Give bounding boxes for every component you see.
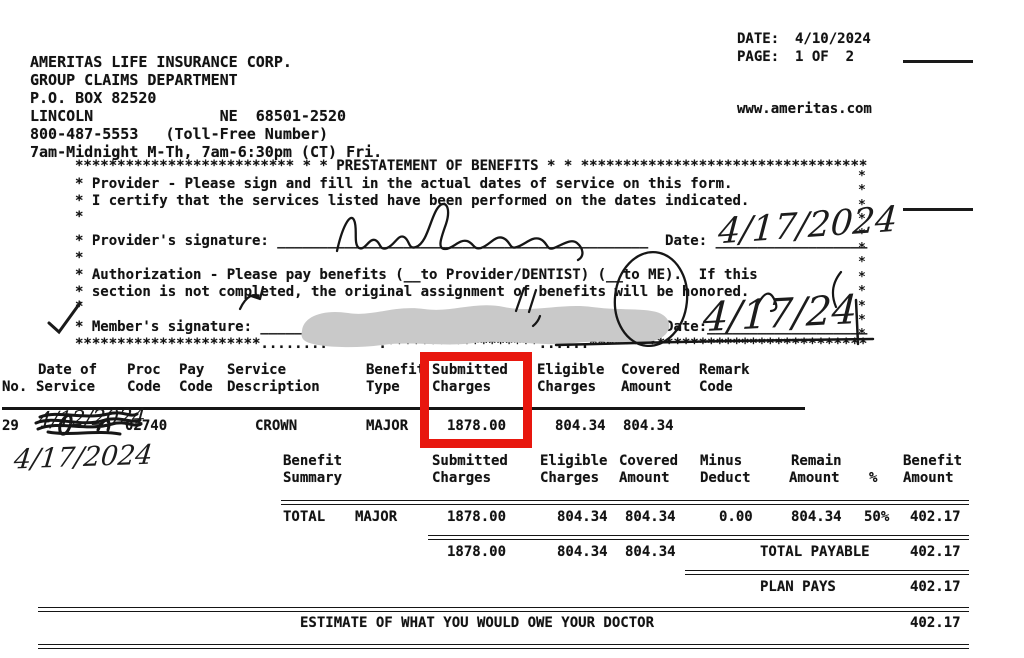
estimate-label: ESTIMATE OF WHAT YOU WOULD OWE YOUR DOCT…	[300, 615, 654, 631]
sum-submitted: Submitted	[432, 453, 508, 469]
date-value: 4/10/2024	[795, 31, 871, 47]
blank-line-mid	[903, 208, 973, 211]
sum-minus: Minus	[700, 453, 742, 469]
col-covered: Covered	[621, 362, 680, 378]
col-no: No.	[2, 379, 27, 395]
col-date-of: Date of	[38, 362, 97, 378]
total-major: MAJOR	[355, 509, 397, 525]
total-submitted: 1878.00	[447, 509, 506, 525]
crossed-out-date-handwritten: 4/12/2024	[37, 404, 146, 432]
box-right-border: ************	[858, 170, 869, 343]
claim-no: 29	[2, 418, 19, 434]
col-proc: Proc	[127, 362, 161, 378]
certify-line: * I certify that the services listed hav…	[75, 193, 749, 209]
sum-summary: Summary	[283, 470, 342, 486]
total-payable-amount: 402.17	[910, 544, 961, 560]
col-eligible: Eligible	[537, 362, 604, 378]
col-charges2: Charges	[537, 379, 596, 395]
page-label: PAGE:	[737, 49, 779, 65]
submitted-charges-highlight-box	[420, 352, 532, 448]
member-date-handwritten: 4/17/24	[702, 287, 858, 341]
service-date-handwritten: 4/17/2024	[12, 440, 154, 476]
col-amount: Amount	[621, 379, 672, 395]
prestatement-document: { "meta": { "date_label": "DATE:", "date…	[0, 0, 1024, 658]
col-code3: Code	[699, 379, 733, 395]
company-department: GROUP CLAIMS DEPARTMENT	[30, 71, 238, 89]
col-service: Service	[227, 362, 286, 378]
authorization-line-2: * section is not completed, the original…	[75, 284, 749, 300]
payable-rule	[428, 535, 969, 540]
page-value: 1 OF 2	[795, 49, 854, 65]
sum-benefit: Benefit	[283, 453, 342, 469]
sum-eligible: Eligible	[540, 453, 607, 469]
estimate-top-rule	[38, 607, 969, 612]
date-label: DATE:	[737, 31, 779, 47]
box-blank-line-1: *	[75, 209, 83, 225]
sum-charges1: Charges	[432, 470, 491, 486]
website-url: www.ameritas.com	[737, 101, 872, 117]
estimate-amount: 402.17	[910, 615, 961, 631]
total-covered: 804.34	[625, 509, 676, 525]
total-remain: 804.34	[791, 509, 842, 525]
sum-amount1: Amount	[619, 470, 670, 486]
sum-charges2: Charges	[540, 470, 599, 486]
company-name: AMERITAS LIFE INSURANCE CORP.	[30, 53, 292, 71]
payable-submitted: 1878.00	[447, 544, 506, 560]
authorization-line-1: * Authorization - Please pay benefits (_…	[75, 267, 758, 283]
col-code1: Code	[127, 379, 161, 395]
col-description: Description	[227, 379, 320, 395]
payable-covered: 804.34	[625, 544, 676, 560]
col-remark: Remark	[699, 362, 750, 378]
total-deduct: 0.00	[719, 509, 753, 525]
payable-eligible: 804.34	[557, 544, 608, 560]
box-blank-line-3: *	[75, 299, 83, 315]
sum-covered: Covered	[619, 453, 678, 469]
total-eligible: 804.34	[557, 509, 608, 525]
claim-eligible: 804.34	[555, 418, 606, 434]
company-phone: 800-487-5553 (Toll-Free Number)	[30, 125, 328, 143]
company-pobox: P.O. BOX 82520	[30, 89, 156, 107]
blank-line-top	[903, 60, 973, 63]
sum-remain: Remain	[791, 453, 842, 469]
col-benefit: Benefit	[366, 362, 425, 378]
claim-covered: 804.34	[623, 418, 674, 434]
sum-percent: %	[869, 470, 877, 486]
box-blank-line-2: *	[75, 250, 83, 266]
provider-signature-scrawl	[337, 204, 582, 260]
claim-description: CROWN	[255, 418, 297, 434]
estimate-bottom-rule	[38, 644, 969, 649]
sum-deduct: Deduct	[700, 470, 751, 486]
col-code2: Code	[179, 379, 213, 395]
sum-amount2: Amount	[789, 470, 840, 486]
box-top-border: ************************** * * PRESTATEM…	[75, 158, 867, 174]
sum-amount3: Amount	[903, 470, 954, 486]
claim-benefit-type: MAJOR	[366, 418, 408, 434]
col-pay: Pay	[179, 362, 204, 378]
plan-pays-label: PLAN PAYS	[760, 579, 836, 595]
total-payable-label: TOTAL PAYABLE	[760, 544, 870, 560]
summary-header-rule	[281, 500, 969, 505]
total-percent: 50%	[864, 509, 889, 525]
total-label: TOTAL	[283, 509, 325, 525]
sum-benefit2: Benefit	[903, 453, 962, 469]
col-service2: Service	[36, 379, 95, 395]
col-type: Type	[366, 379, 400, 395]
provider-instruction: * Provider - Please sign and fill in the…	[75, 176, 732, 192]
plan-pays-amount: 402.17	[910, 579, 961, 595]
company-city-state: LINCOLN NE 68501-2520	[30, 107, 346, 125]
plan-pays-rule	[685, 570, 969, 575]
total-benefit: 402.17	[910, 509, 961, 525]
